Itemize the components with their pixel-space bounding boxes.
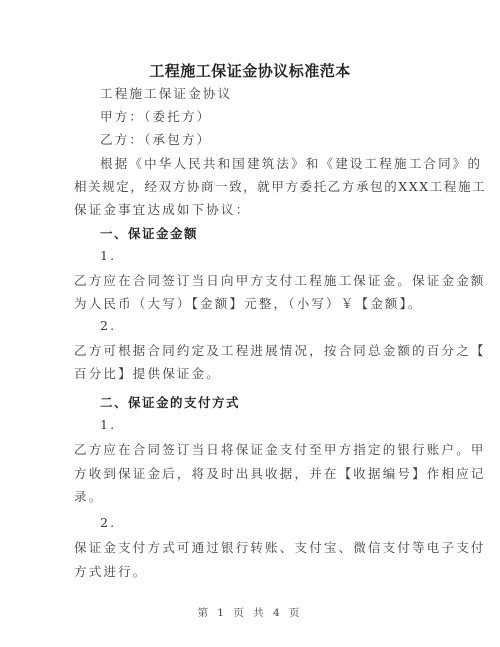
section-heading-1: 一、保证金金额	[100, 224, 198, 242]
paragraph-line: 方收到保证金后，将及时出具收据，并在【收据编号】作相应记	[74, 464, 486, 482]
page-number: 第 1 页 共 4 页	[0, 605, 500, 620]
paragraph-line: 百分比】提供保证金。	[74, 364, 221, 382]
party-b: 乙方：（承包方）	[100, 130, 211, 148]
paragraph-line: 根据《中华人民共和国建筑法》和《建设工程施工合同》的	[100, 154, 482, 172]
document-title: 工程施工保证金协议标准范本	[0, 60, 500, 81]
paragraph-line: 乙方应在合同签订当日向甲方支付工程施工保证金。保证金金额	[74, 271, 486, 289]
item-number: 1.	[100, 248, 116, 263]
item-number: 2.	[100, 515, 116, 530]
paragraph-line: 乙方可根据合同约定及工程进展情况，按合同总金额的百分之【	[74, 341, 486, 359]
paragraph-line: 方式进行。	[74, 562, 148, 580]
paragraph-line: 保证金事宜达成如下协议：	[74, 200, 250, 218]
agreement-name: 工程施工保证金协议	[100, 84, 232, 102]
paragraph-line: 保证金支付方式可通过银行转账、支付宝、微信支付等电子支付	[74, 538, 486, 556]
paragraph-line: 为人民币（大写）【金额】元整，（小写）￥【金额】。	[74, 294, 423, 312]
party-a: 甲方：（委托方）	[100, 107, 211, 125]
section-heading-2: 二、保证金的支付方式	[100, 393, 240, 411]
item-number: 2.	[100, 318, 116, 333]
item-number: 1.	[100, 417, 116, 432]
paragraph-line: 乙方应在合同签订当日将保证金支付至甲方指定的银行账户。甲	[74, 440, 486, 458]
paragraph-line: 相关规定，经双方协商一致，就甲方委托乙方承包的XXX工程施工	[74, 177, 486, 195]
paragraph-line: 录。	[74, 487, 103, 505]
